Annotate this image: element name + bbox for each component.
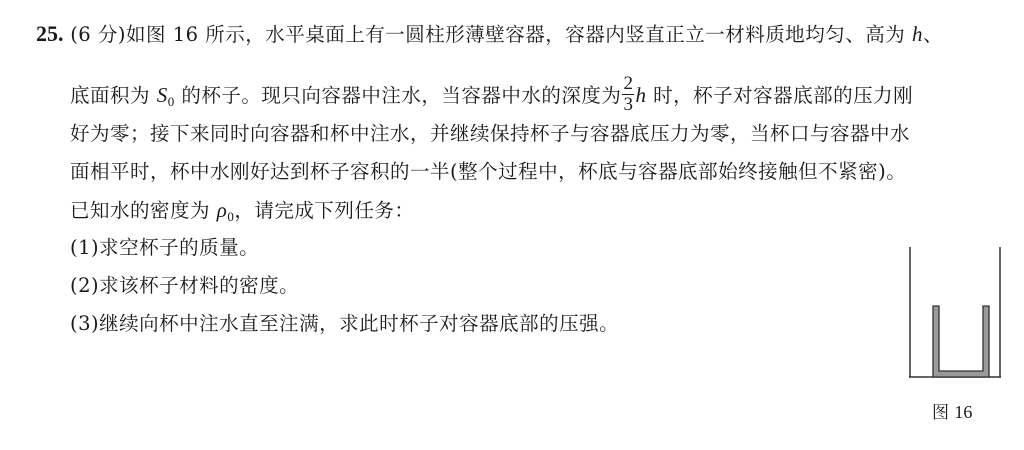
fraction-two-thirds: 23 bbox=[622, 74, 634, 115]
question-points: (6 分) bbox=[70, 23, 126, 46]
task-1-text: (1)求空杯子的质量。 bbox=[70, 236, 259, 259]
problem-text-2c: 时，杯子对容器底部的压力刚 bbox=[653, 84, 913, 107]
problem-text-5a: 已知水的密度为 bbox=[70, 199, 210, 222]
problem-line-1: 25. (6 分)如图 16 所示，水平桌面上有一圆柱形薄壁容器，容器内竖直正立… bbox=[36, 20, 943, 49]
problem-line-4: 面相平时，杯中水刚好达到杯子容积的一半(整个过程中，杯底与容器底部始终接触但不紧… bbox=[70, 158, 906, 186]
problem-line-2: 底面积为 S0 的杯子。现只向容器中注水，当容器中水的深度为23h 时，杯子对容… bbox=[70, 76, 913, 117]
variable-h: h bbox=[635, 83, 646, 107]
punctuation: 、 bbox=[923, 23, 943, 46]
variable-rho: ρ bbox=[217, 198, 228, 222]
problem-text-5b: ，请完成下列任务： bbox=[234, 199, 414, 222]
problem-text-4: 面相平时，杯中水刚好达到杯子容积的一半(整个过程中，杯底与容器底部始终接触但不紧… bbox=[70, 160, 906, 183]
task-3-text: (3)继续向杯中注水直至注满，求此时杯子对容器底部的压强。 bbox=[70, 312, 619, 335]
task-2-text: (2)求该杯子材料的密度。 bbox=[70, 274, 299, 297]
problem-text-2b: 的杯子。现只向容器中注水，当容器中水的深度为 bbox=[181, 84, 621, 107]
problem-line-3: 好为零；接下来同时向容器和杯中注水，并继续保持杯子与容器底压力为零，当杯口与容器… bbox=[70, 120, 910, 148]
variable-S: S bbox=[157, 83, 168, 107]
task-3: (3)继续向杯中注水直至注满，求此时杯子对容器底部的压强。 bbox=[70, 310, 619, 338]
task-2: (2)求该杯子材料的密度。 bbox=[70, 272, 299, 300]
fraction-numerator: 2 bbox=[622, 74, 634, 95]
variable-h: h bbox=[912, 22, 923, 46]
fraction-denominator: 3 bbox=[622, 95, 634, 115]
task-1: (1)求空杯子的质量。 bbox=[70, 234, 259, 262]
question-number: 25. bbox=[36, 21, 64, 46]
figure-caption-number: 16 bbox=[954, 402, 972, 422]
variable-S0: S0 bbox=[157, 83, 175, 107]
subscript-0: 0 bbox=[168, 94, 175, 109]
problem-text-1: 如图 16 所示，水平桌面上有一圆柱形薄壁容器，容器内竖直正立一材料质地均匀、高… bbox=[126, 23, 905, 46]
variable-rho0: ρ0 bbox=[217, 198, 235, 222]
figure-caption-prefix: 图 bbox=[932, 403, 949, 423]
figure-caption: 图 16 bbox=[932, 398, 972, 423]
problem-text-3: 好为零；接下来同时向容器和杯中注水，并继续保持杯子与容器底压力为零，当杯口与容器… bbox=[70, 122, 910, 145]
problem-text-2a: 底面积为 bbox=[70, 84, 150, 107]
problem-line-5: 已知水的密度为 ρ0，请完成下列任务： bbox=[70, 196, 414, 231]
cup-icon bbox=[933, 306, 989, 377]
